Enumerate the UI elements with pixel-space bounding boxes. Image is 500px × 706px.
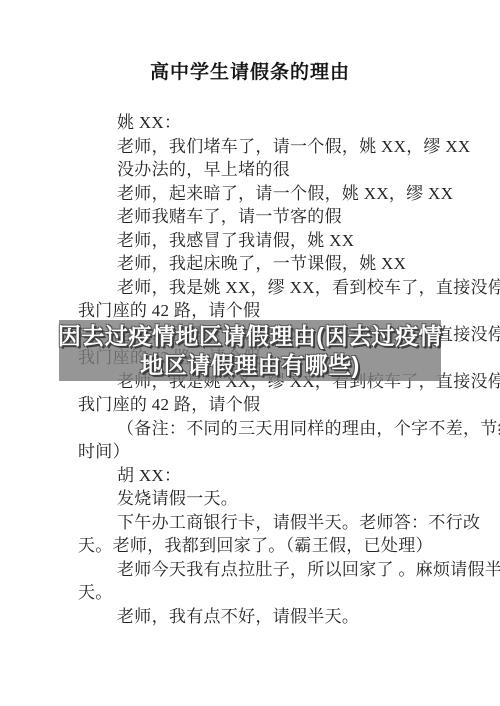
text-line: 老师，我起床晚了，一节课假，姚 XX — [78, 252, 442, 276]
text-line: 我门座的 42 路，请个假 — [78, 393, 442, 417]
text-line: 姚 XX： — [78, 111, 442, 135]
text-line: 天。老师，我都到回家了。（霸王假，已处理） — [78, 534, 442, 558]
text-line: 发烧请假一天。 — [78, 487, 442, 511]
watermark-line-1: 因去过疫情地区请假理由(因去过疫情 — [58, 322, 442, 351]
page-title: 高中学生请假条的理由 — [0, 57, 500, 84]
text-line: 老师，我有点不好，请假半天。 — [78, 605, 442, 629]
text-line: 老师，我感冒了我请假，姚 XX — [78, 229, 442, 253]
text-line: 下午办工商银行卡，请假半天。老师答：不行改 — [78, 511, 442, 535]
text-line: 老师，我们堵车了，请一个假，姚 XX，缪 XX — [78, 135, 442, 159]
text-line: 我门座的 42 路，请个假 — [78, 299, 442, 323]
text-line: 时间） — [78, 440, 442, 464]
text-line: 没办法的，早上堵的很 — [78, 158, 442, 182]
watermark-overlay: 因去过疫情地区请假理由(因去过疫情 地区请假理由有哪些) — [59, 320, 441, 381]
text-line: 老师，我是姚 XX，缪 XX，看到校车了，直接没停， — [78, 276, 442, 300]
text-line: 胡 XX： — [78, 464, 442, 488]
article-page: 高中学生请假条的理由 姚 XX：老师，我们堵车了，请一个假，姚 XX，缪 XX没… — [0, 0, 500, 706]
watermark-line-2: 地区请假理由有哪些) — [140, 351, 360, 380]
text-line: 老师，起来暗了，请一个假，姚 XX，缪 XX — [78, 182, 442, 206]
text-line: 天。 — [78, 581, 442, 605]
text-line: （备注：不同的三天用同样的理由，个字不差，节约 — [78, 417, 442, 441]
text-line: 老师我赌车了，请一节客的假 — [78, 205, 442, 229]
text-line: 老师今天我有点拉肚子，所以回家了 。麻烦请假半 — [78, 558, 442, 582]
